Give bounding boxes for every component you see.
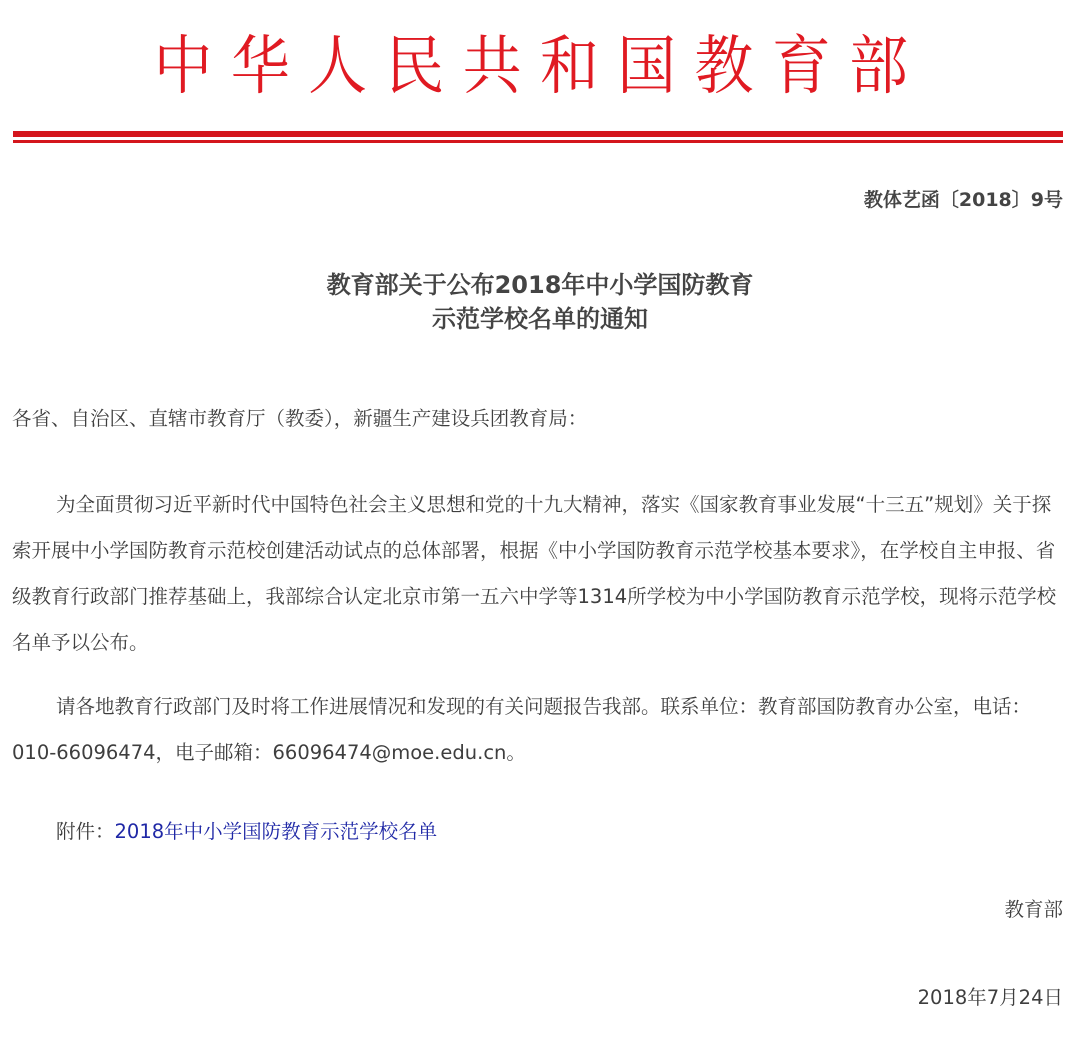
document-title: 教育部关于公布2018年中小学国防教育 示范学校名单的通知 [0, 268, 1080, 336]
masthead-divider-thin [13, 140, 1063, 143]
body-paragraph-1: 为全面贯彻习近平新时代中国特色社会主义思想和党的十九大精神，落实《国家教育事业发… [12, 482, 1068, 666]
masthead-divider-thick [13, 131, 1063, 137]
issue-date: 2018年7月24日 [918, 982, 1063, 1010]
signature: 教育部 [1004, 894, 1063, 922]
attachment-label: 附件： [56, 820, 115, 843]
document-title-line-2: 示范学校名单的通知 [0, 302, 1080, 336]
masthead: 中华人民共和国教育部 [0, 22, 1080, 112]
document-title-line-1: 教育部关于公布2018年中小学国防教育 [0, 268, 1080, 302]
document-number: 教体艺函〔2018〕9号 [864, 185, 1063, 212]
salutation: 各省、自治区、直辖市教育厅（教委），新疆生产建设兵团教育局： [12, 396, 1068, 442]
masthead-title: 中华人民共和国教育部 [154, 22, 927, 112]
attachment-link[interactable]: 2018年中小学国防教育示范学校名单 [115, 820, 438, 843]
attachment: 附件：2018年中小学国防教育示范学校名单 [56, 812, 437, 852]
body-paragraph-2: 请各地教育行政部门及时将工作进展情况和发现的有关问题报告我部。联系单位：教育部国… [12, 684, 1068, 776]
